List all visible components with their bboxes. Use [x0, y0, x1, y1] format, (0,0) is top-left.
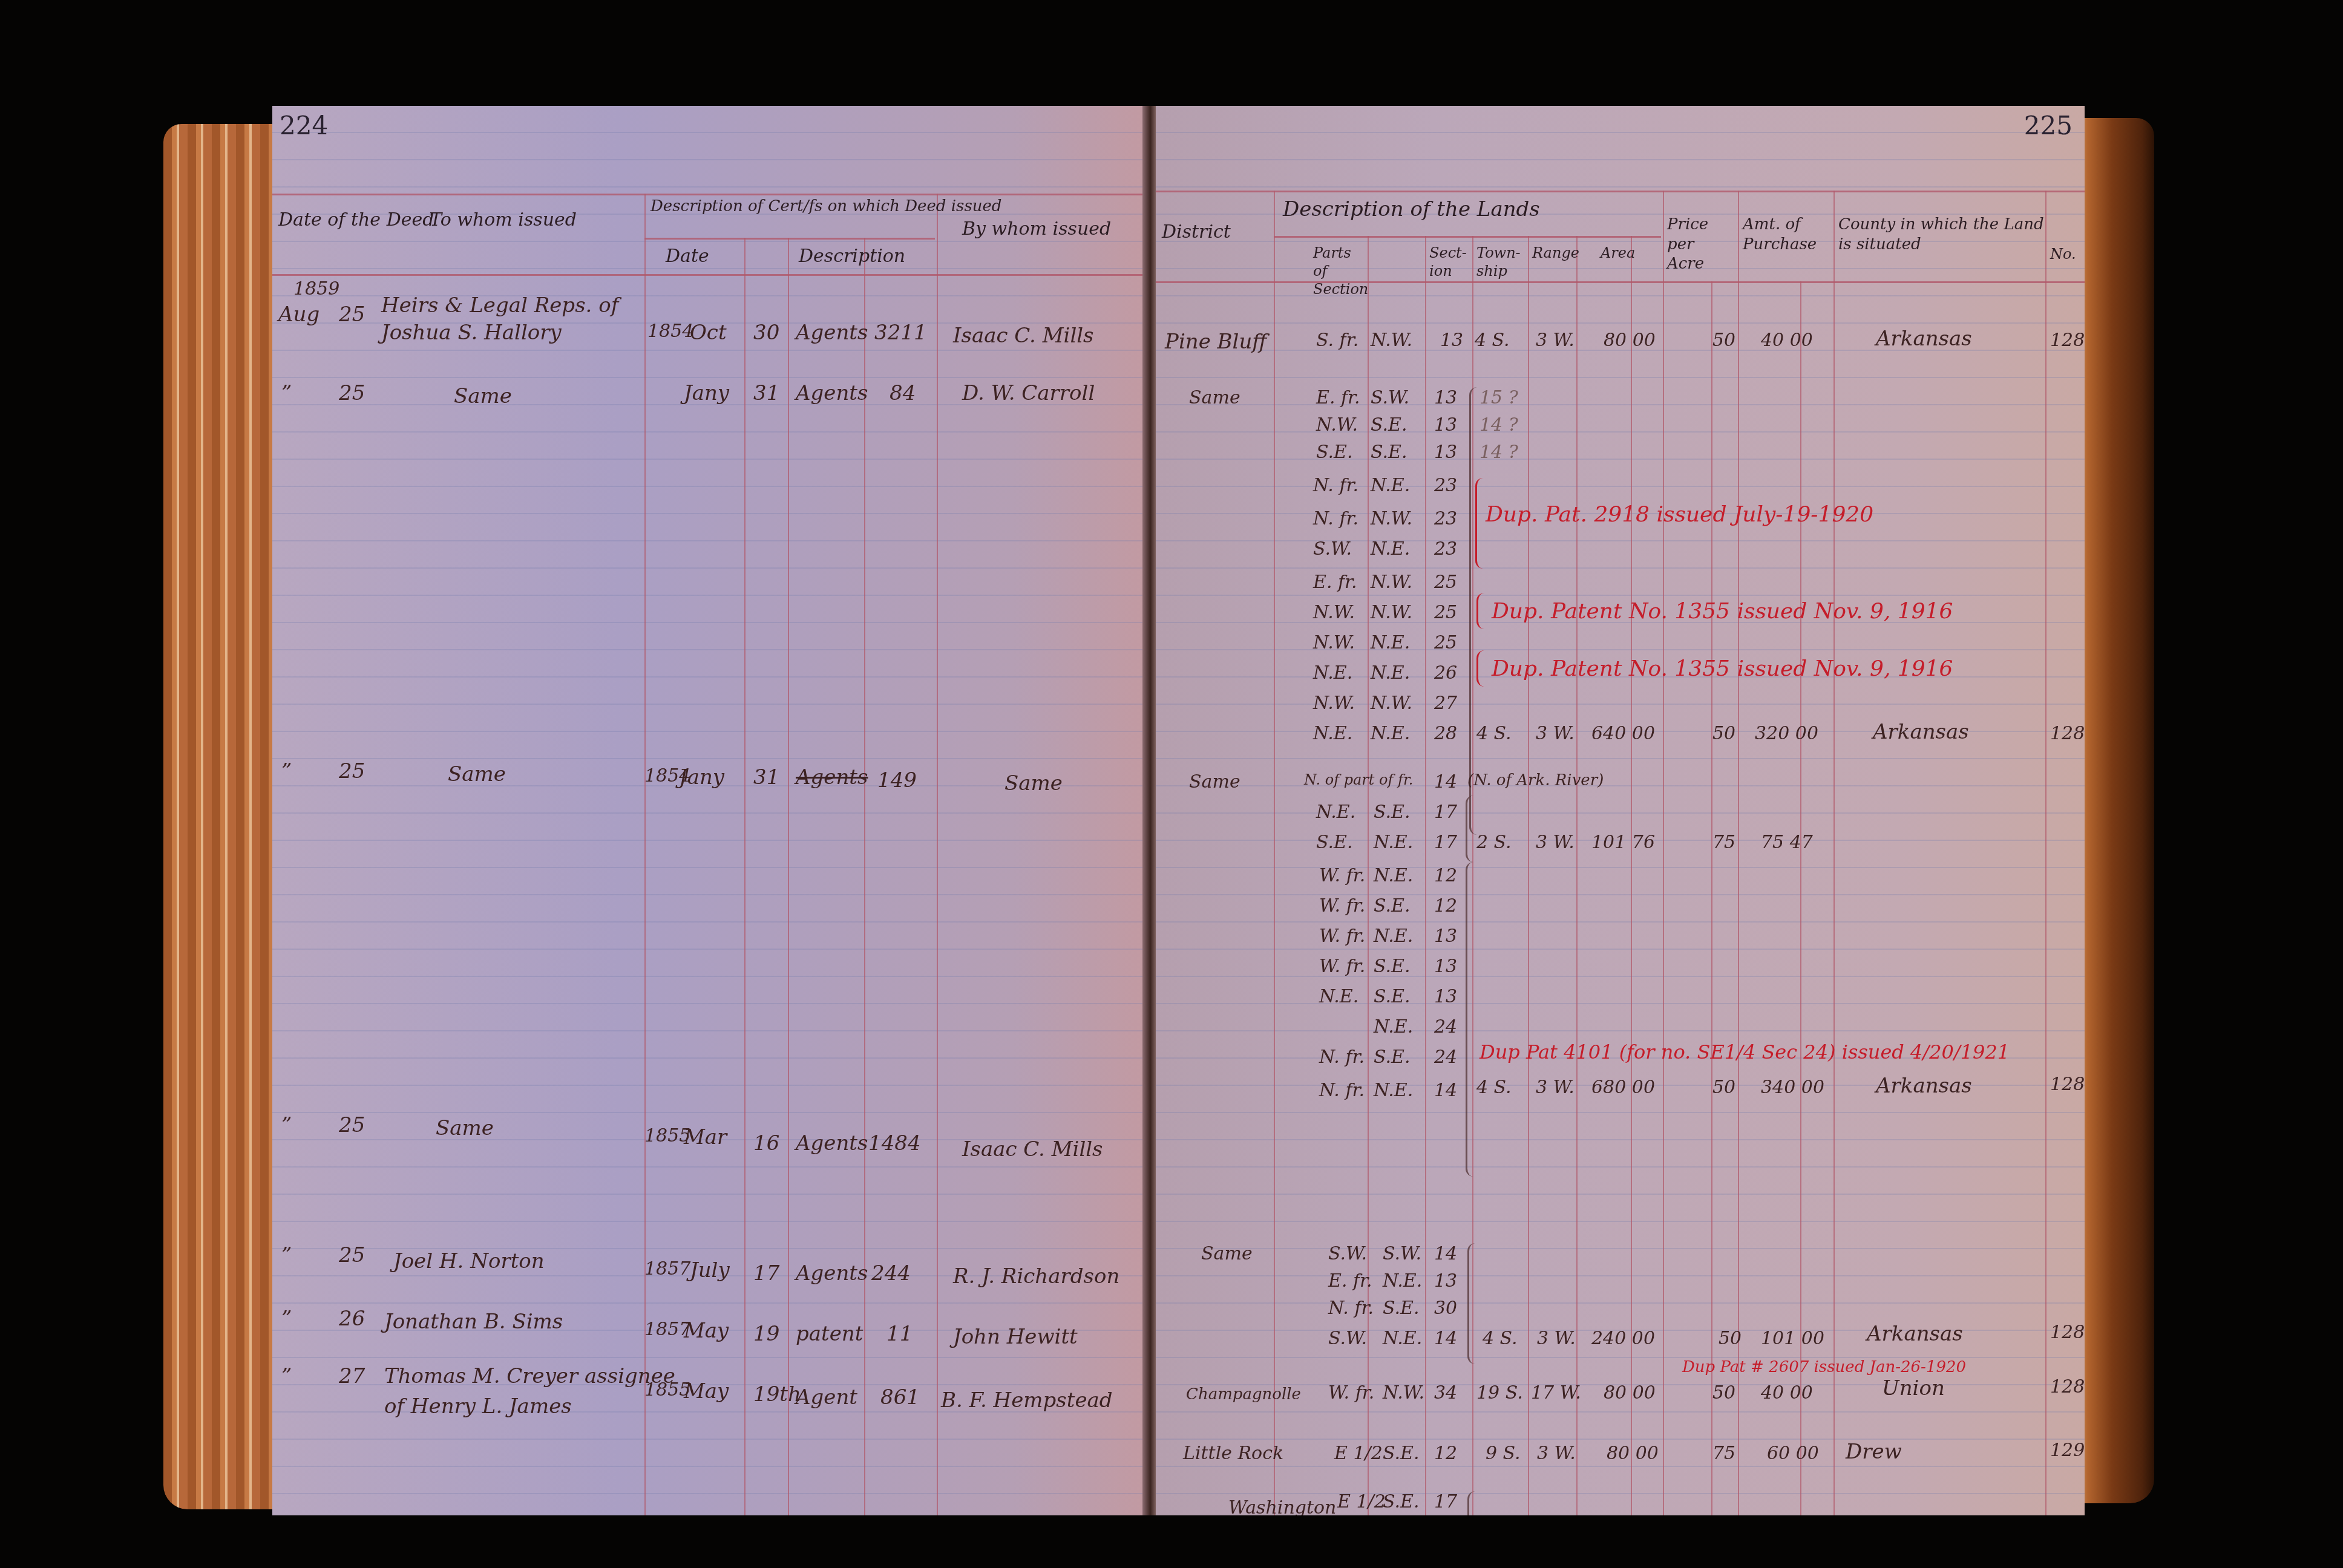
col-rule — [864, 238, 865, 1515]
red-annotation: Dup Pat # 2607 issued Jan-26-1920 — [1682, 1358, 1966, 1376]
col-rule — [1663, 191, 1664, 1515]
header-description-group: Description of Cert/fs on which Deed iss… — [650, 197, 1002, 217]
brace — [1467, 1243, 1475, 1364]
red-annotation: Dup Pat 4101 (for no. SE1/4 Sec 24) issu… — [1480, 1040, 2010, 1063]
header-county: County in which the Land is situated — [1838, 215, 2044, 254]
page-number-left: 224 — [280, 111, 328, 140]
book-cover-right — [2076, 118, 2154, 1503]
header-top-rule — [272, 194, 1144, 195]
col-rule — [1738, 191, 1739, 1515]
header-section: Sect-ion — [1429, 244, 1466, 280]
page-edges-left — [163, 124, 284, 1509]
col-rule — [1711, 281, 1712, 1515]
brace — [1466, 795, 1473, 862]
header-sub-rule — [1274, 236, 1661, 238]
header-area: Area — [1601, 244, 1635, 262]
header-district: District — [1162, 221, 1231, 244]
page-number-right: 225 — [2024, 111, 2073, 140]
header-description: Description — [799, 245, 905, 268]
header-date: Date — [666, 245, 709, 268]
red-annotation: Dup. Patent No. 1355 issued Nov. 9, 1916 — [1492, 599, 1953, 624]
header-sub-rule — [644, 238, 935, 240]
red-annotation: Dup. Patent No. 1355 issued Nov. 9, 1916 — [1492, 656, 1953, 681]
header-bottom-rule — [1156, 281, 2085, 283]
col-rule — [644, 194, 646, 1515]
header-township: Town-ship — [1476, 244, 1519, 280]
red-brace — [1475, 478, 1483, 569]
ruled-lines — [1156, 106, 2085, 1515]
col-rule — [788, 238, 789, 1515]
red-brace — [1476, 650, 1484, 687]
col-rule — [937, 194, 938, 1515]
header-bottom-rule — [272, 274, 1144, 276]
right-page: 225 District Description of the Lands Pa… — [1156, 106, 2085, 1515]
ledger-book: 224 Date of the Deed To whom issued Desc… — [163, 106, 2154, 1515]
header-to-whom: To whom issued — [430, 209, 577, 232]
red-brace — [1476, 593, 1484, 629]
col-rule — [1274, 191, 1275, 1515]
red-annotation: Dup. Pat. 2918 issued July-19-1920 — [1486, 502, 1873, 527]
header-description-of-lands: Description of the Lands — [1283, 197, 1540, 223]
header-no: No. — [2050, 245, 2076, 263]
col-rule — [1631, 236, 1632, 1515]
col-rule — [1576, 236, 1578, 1515]
col-rule — [1528, 236, 1529, 1515]
col-rule — [1368, 236, 1369, 1515]
brace — [1466, 862, 1473, 1177]
header-price-per-acre: Price per Acre — [1667, 215, 1734, 274]
header-range: Range — [1532, 244, 1579, 262]
col-rule — [1425, 236, 1426, 1515]
brace — [1467, 1491, 1475, 1515]
col-rule — [1833, 191, 1835, 1515]
header-by-whom: By whom issued — [962, 218, 1111, 241]
header-amount-of-purchase: Amt. of Purchase — [1743, 215, 1830, 254]
col-rule — [744, 238, 745, 1515]
col-rule — [2045, 191, 2046, 1515]
header-parts-of-section: Parts of Section — [1313, 244, 1365, 298]
header-date-of-deed: Date of the Deed — [278, 209, 434, 232]
left-page: 224 Date of the Deed To whom issued Desc… — [272, 106, 1144, 1515]
header-top-rule — [1156, 191, 2085, 192]
